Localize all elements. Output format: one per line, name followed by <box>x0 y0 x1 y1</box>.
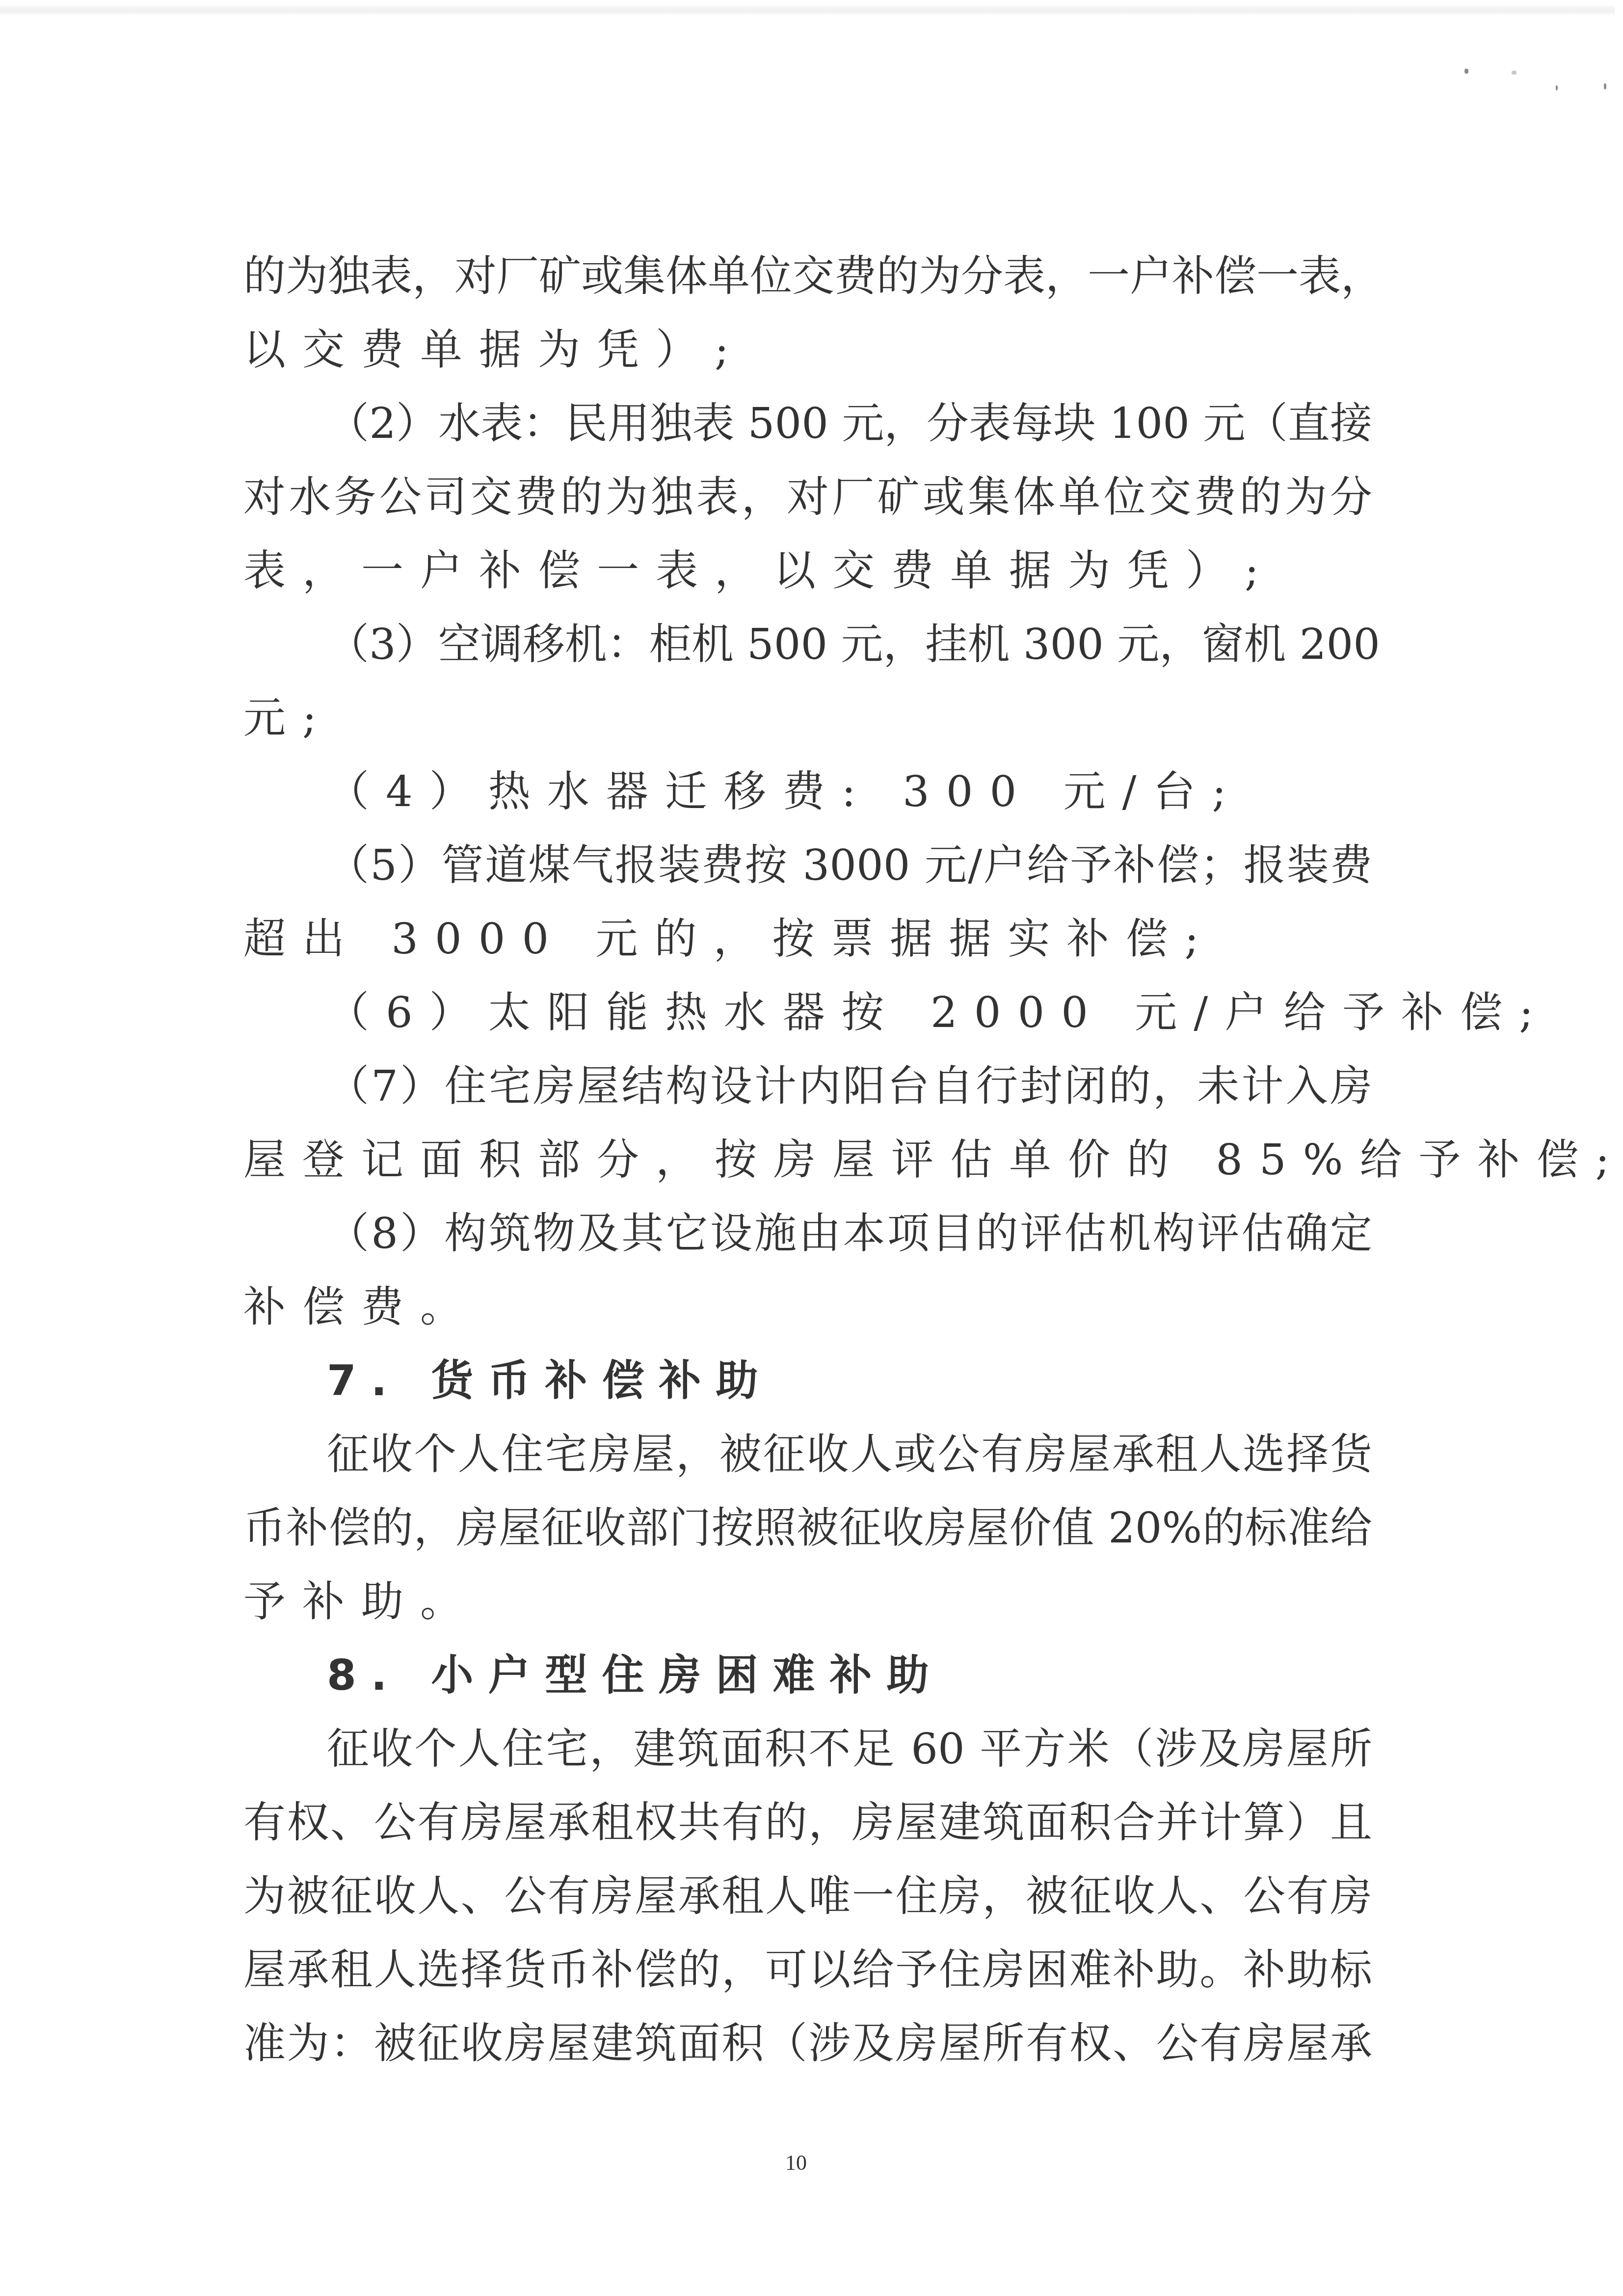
scan-speck <box>1556 85 1558 90</box>
paragraph-line: 的为独表，对厂矿或集体单位交费的为分表，一户补偿一表， <box>243 240 1372 313</box>
paragraph-line: 准为：被征收房屋建筑面积（涉及房屋所有权、公有房屋承 <box>243 2007 1372 2080</box>
paragraph-line: 有权、公有房屋承租权共有的，房屋建筑面积合并计算）且 <box>243 1786 1372 1860</box>
scan-speck <box>1464 69 1468 74</box>
paragraph-line: （2）水表：民用独表 500 元，分表每块 100 元（直接 <box>243 387 1372 460</box>
scan-specks <box>1413 64 1570 93</box>
paragraph-line: 为被征收人、公有房屋承租人唯一住房，被征收人、公有房 <box>243 1860 1372 1933</box>
scan-speck <box>1512 71 1517 75</box>
scan-speck <box>1604 83 1606 89</box>
section-heading: 7. 货币补偿补助 <box>243 1344 1372 1418</box>
paragraph-line: （7）住宅房屋结构设计内阳台自行封闭的，未计入房 <box>243 1050 1372 1123</box>
paragraph-line: 超出 3000 元的，按票据据实补偿; <box>243 902 1372 976</box>
paragraph-line: （3）空调移机：柜机 500 元，挂机 300 元，窗机 200 <box>243 608 1372 681</box>
paragraph-line: 补偿费。 <box>243 1270 1372 1344</box>
page-number: 10 <box>785 2150 807 2175</box>
paragraph-line: （5）管道煤气报装费按 3000 元/户给予补偿；报装费 <box>243 829 1372 902</box>
paragraph-line: （4）热水器迁移费: 300 元/台; <box>243 755 1372 829</box>
paragraph-line: 予补助。 <box>243 1565 1372 1639</box>
paragraph-line: （8）构筑物及其它设施由本项目的评估机构评估确定 <box>243 1197 1372 1270</box>
paragraph-line: 屋承租人选择货币补偿的，可以给予住房困难补助。补助标 <box>243 1933 1372 2007</box>
paragraph-line: 对水务公司交费的为独表，对厂矿或集体单位交费的为分 <box>243 460 1372 534</box>
paragraph-line: 币补偿的，房屋征收部门按照被征收房屋价值 20%的标准给 <box>243 1491 1372 1565</box>
paragraph-line: （6）太阳能热水器按 2000 元/户给予补偿; <box>243 976 1372 1050</box>
paragraph-line: 征收个人住宅房屋，被征收人或公有房屋承租人选择货 <box>243 1418 1372 1491</box>
paragraph-line: 元; <box>243 681 1372 755</box>
paragraph-line: 以交费单据为凭）; <box>243 313 1372 387</box>
paragraph-line: 屋登记面积部分，按房屋评估单价的 85%给予补偿; <box>243 1123 1372 1197</box>
paragraph-line: 征收个人住宅，建筑面积不足 60 平方米（涉及房屋所 <box>243 1712 1372 1786</box>
paragraph-line: 表，一户补偿一表，以交费单据为凭）; <box>243 534 1372 608</box>
scan-edge <box>0 6 1615 16</box>
section-heading: 8. 小户型住房困难补助 <box>243 1639 1372 1712</box>
document-body: 的为独表，对厂矿或集体单位交费的为分表，一户补偿一表，以交费单据为凭）;（2）水… <box>243 240 1372 2080</box>
